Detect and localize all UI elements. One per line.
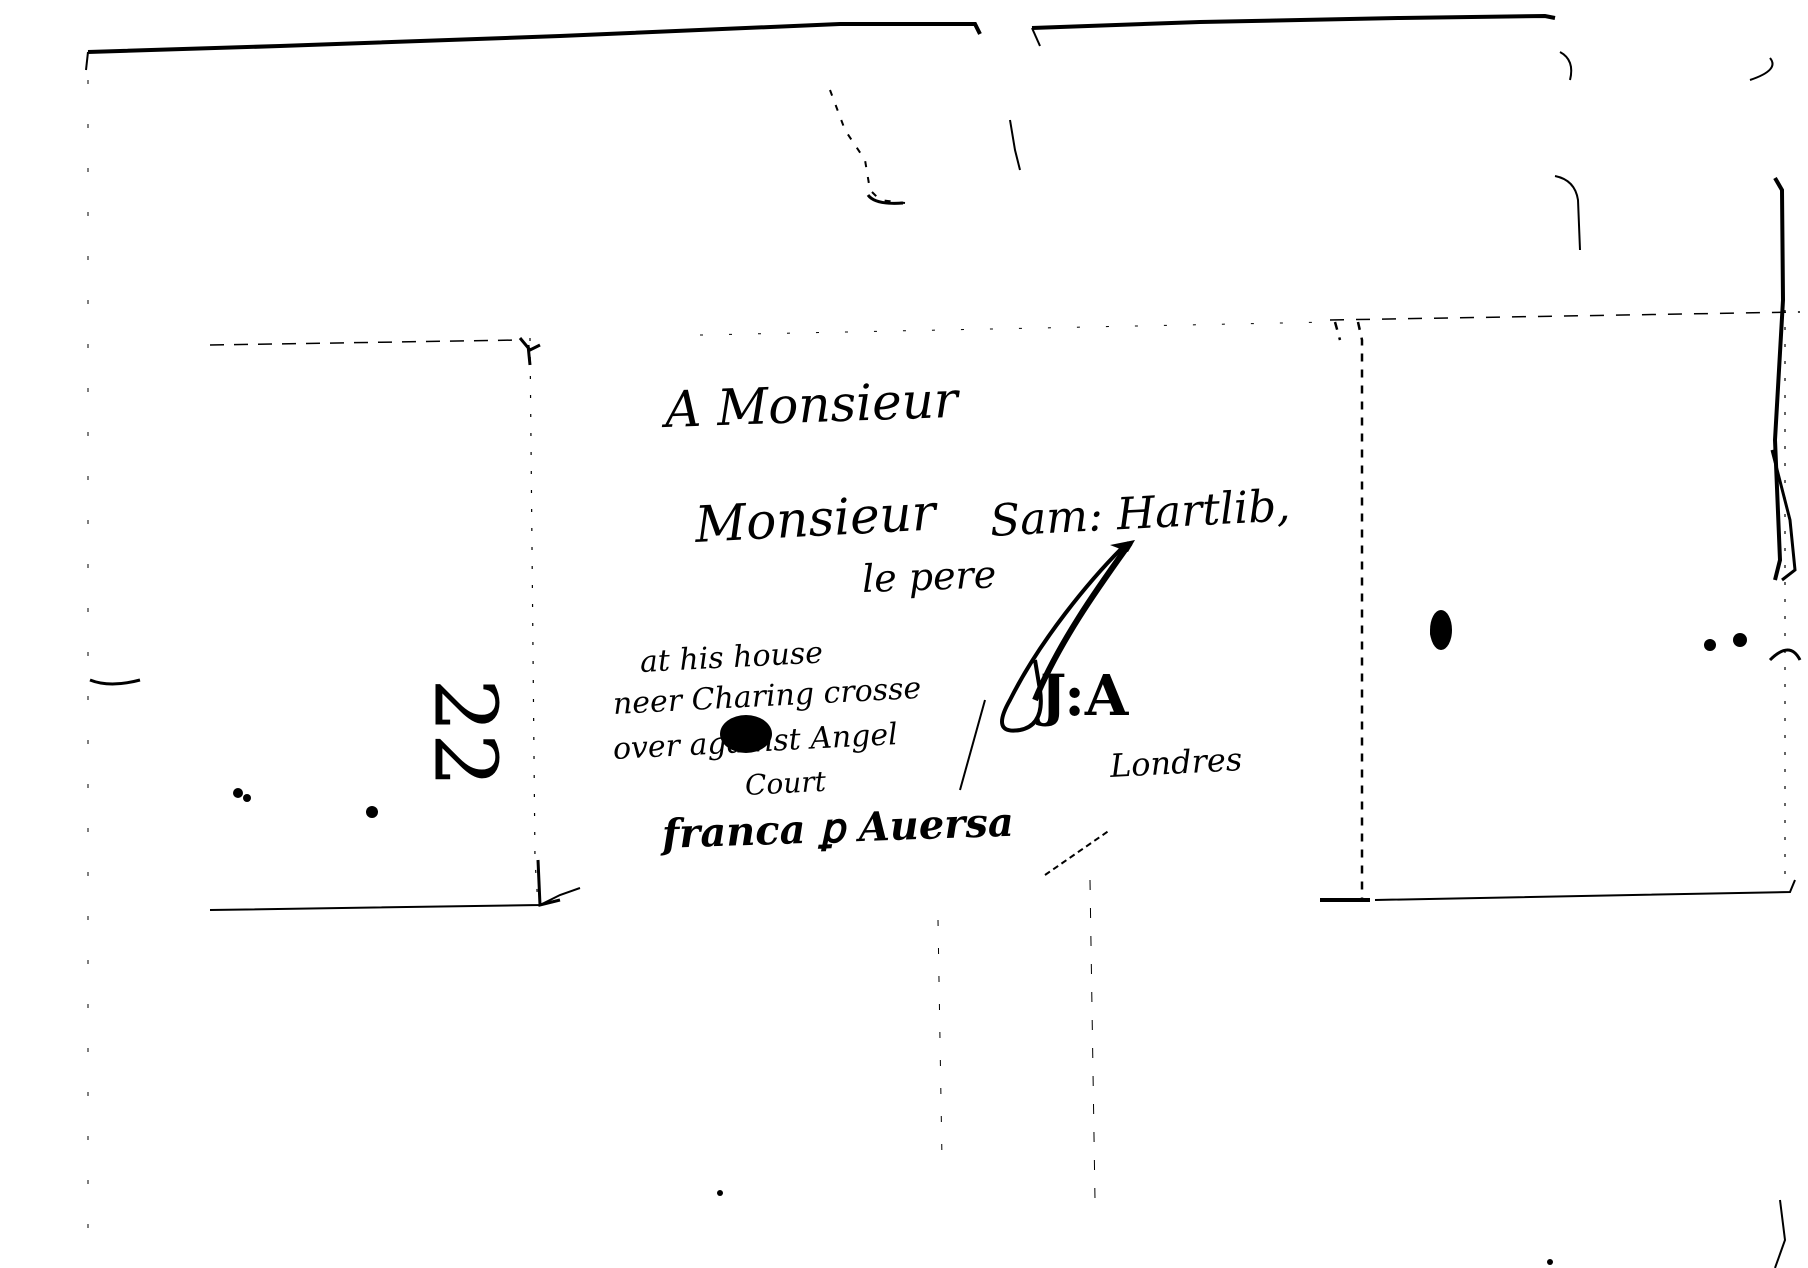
salutation: A Monsieur xyxy=(664,375,958,435)
recipient-qualifier: le pere xyxy=(861,555,996,598)
routing-note: franca ꝑ Auersa xyxy=(661,803,1014,855)
docket-number: 22 xyxy=(422,678,508,787)
destination-city: Londres xyxy=(1109,743,1243,782)
postal-mark: J:A xyxy=(1040,668,1128,724)
recipient-title: Monsieur xyxy=(694,487,937,550)
ink-blot-right xyxy=(1430,610,1452,650)
direction-line-4: Court xyxy=(744,768,826,800)
paper-fold-lines xyxy=(0,0,1808,1268)
letter-page: A Monsieur Monsieur Sam: Hartlib, le per… xyxy=(0,0,1808,1268)
